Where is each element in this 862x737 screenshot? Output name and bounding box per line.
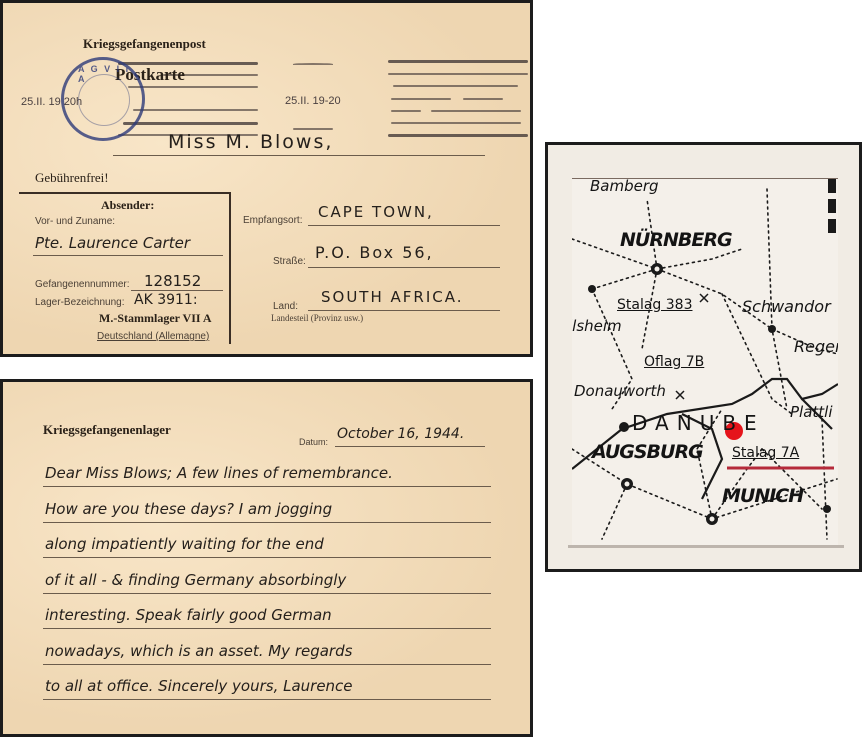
map-label-stalag-7a: Stalag 7A xyxy=(732,445,799,461)
street-label: Straße: xyxy=(273,256,306,267)
place-label: Empfangsort: xyxy=(243,215,302,226)
letter-rule xyxy=(43,664,491,665)
recipient-name: Miss M. Blows, xyxy=(168,131,333,153)
map-label-nurnberg: NÜRNBERG xyxy=(620,229,732,251)
map-label-plattling: Plattli xyxy=(790,403,833,421)
map-label-regen: Regen xyxy=(794,337,838,356)
map-label-ilsheim: ilsheim xyxy=(572,317,622,335)
country-label: Land: xyxy=(273,301,298,312)
postmark-arc-bottom xyxy=(293,128,333,130)
map-panel: Bamberg NÜRNBERG Stalag 383 Schwandor il… xyxy=(545,142,862,572)
country-value: SOUTH AFRICA. xyxy=(321,288,464,306)
map-label-donauworth: Donauworth xyxy=(574,382,666,400)
sender-name-value: Pte. Laurence Carter xyxy=(35,234,190,252)
letter-rule xyxy=(43,522,491,523)
sender-name-label: Vor- und Zuname: xyxy=(35,216,115,227)
postmark-arc-top xyxy=(293,63,333,65)
letter-line: interesting. Speak fairly good German xyxy=(45,606,332,624)
censor-stamp: A G V I I A xyxy=(61,57,145,141)
map-label-danube: DANUBE xyxy=(632,411,765,435)
map-label-oflag-7b: Oflag 7B xyxy=(644,354,704,370)
letter-line: Dear Miss Blows; A few lines of remembra… xyxy=(45,464,393,482)
sender-box: Absender: Vor- und Zuname: Pte. Laurence… xyxy=(19,192,231,344)
map-label-stalag-383: Stalag 383 xyxy=(617,297,692,313)
map-label-augsburg: AUGSBURG xyxy=(592,441,703,463)
postage-note: Gebührenfrei! xyxy=(35,170,109,186)
prisoner-number-label: Gefangenennummer: xyxy=(35,279,130,290)
letter-rule xyxy=(43,628,491,629)
map-bottom-edge xyxy=(568,545,844,548)
camp-value: AK 3911: xyxy=(134,292,198,308)
postcard-front: Kriegsgefangenenpost 25.II. 19 20h 25.II… xyxy=(0,0,533,357)
date-label: Datum: xyxy=(299,437,328,447)
letter-line: How are you these days? I am jogging xyxy=(45,500,332,518)
camp-printed: M.-Stammlager VII A xyxy=(99,311,212,326)
map-label-munich: MUNICH xyxy=(722,485,803,507)
date-value: October 16, 1944. xyxy=(337,426,464,442)
camp-label: Lager-Bezeichnung: xyxy=(35,297,125,308)
province-label: Landesteil (Provinz usw.) xyxy=(271,313,363,323)
recipient-underline xyxy=(113,155,485,156)
map-image: Bamberg NÜRNBERG Stalag 383 Schwandor il… xyxy=(572,178,838,547)
letter-rule xyxy=(43,593,491,594)
card-header: Kriegsgefangenenpost xyxy=(83,36,206,52)
letter-line: along impatiently waiting for the end xyxy=(45,535,324,553)
letter-line: of it all - & finding Germany absorbingl… xyxy=(45,571,346,589)
sender-country: Deutschland (Allemagne) xyxy=(97,331,209,342)
letter-line: to all at office. Sincerely yours, Laure… xyxy=(45,677,353,695)
letter-rule xyxy=(43,486,491,487)
postcard-back: Kriegsgefangenenlager Datum: October 16,… xyxy=(0,379,533,737)
back-header: Kriegsgefangenenlager xyxy=(43,422,171,438)
prisoner-number-value: 128152 xyxy=(144,272,201,290)
map-label-bamberg: Bamberg xyxy=(590,178,659,195)
letter-rule xyxy=(43,557,491,558)
place-value: CAPE TOWN, xyxy=(318,203,434,221)
letter-line: nowadays, which is an asset. My regards xyxy=(45,642,352,660)
map-label-schwandorf: Schwandor xyxy=(742,297,831,316)
letter-rule xyxy=(43,699,491,700)
sender-heading: Absender: xyxy=(101,198,154,213)
street-value: P.O. Box 56, xyxy=(315,243,434,262)
postmark-date-right: 25.II. 19-20 xyxy=(285,95,341,107)
